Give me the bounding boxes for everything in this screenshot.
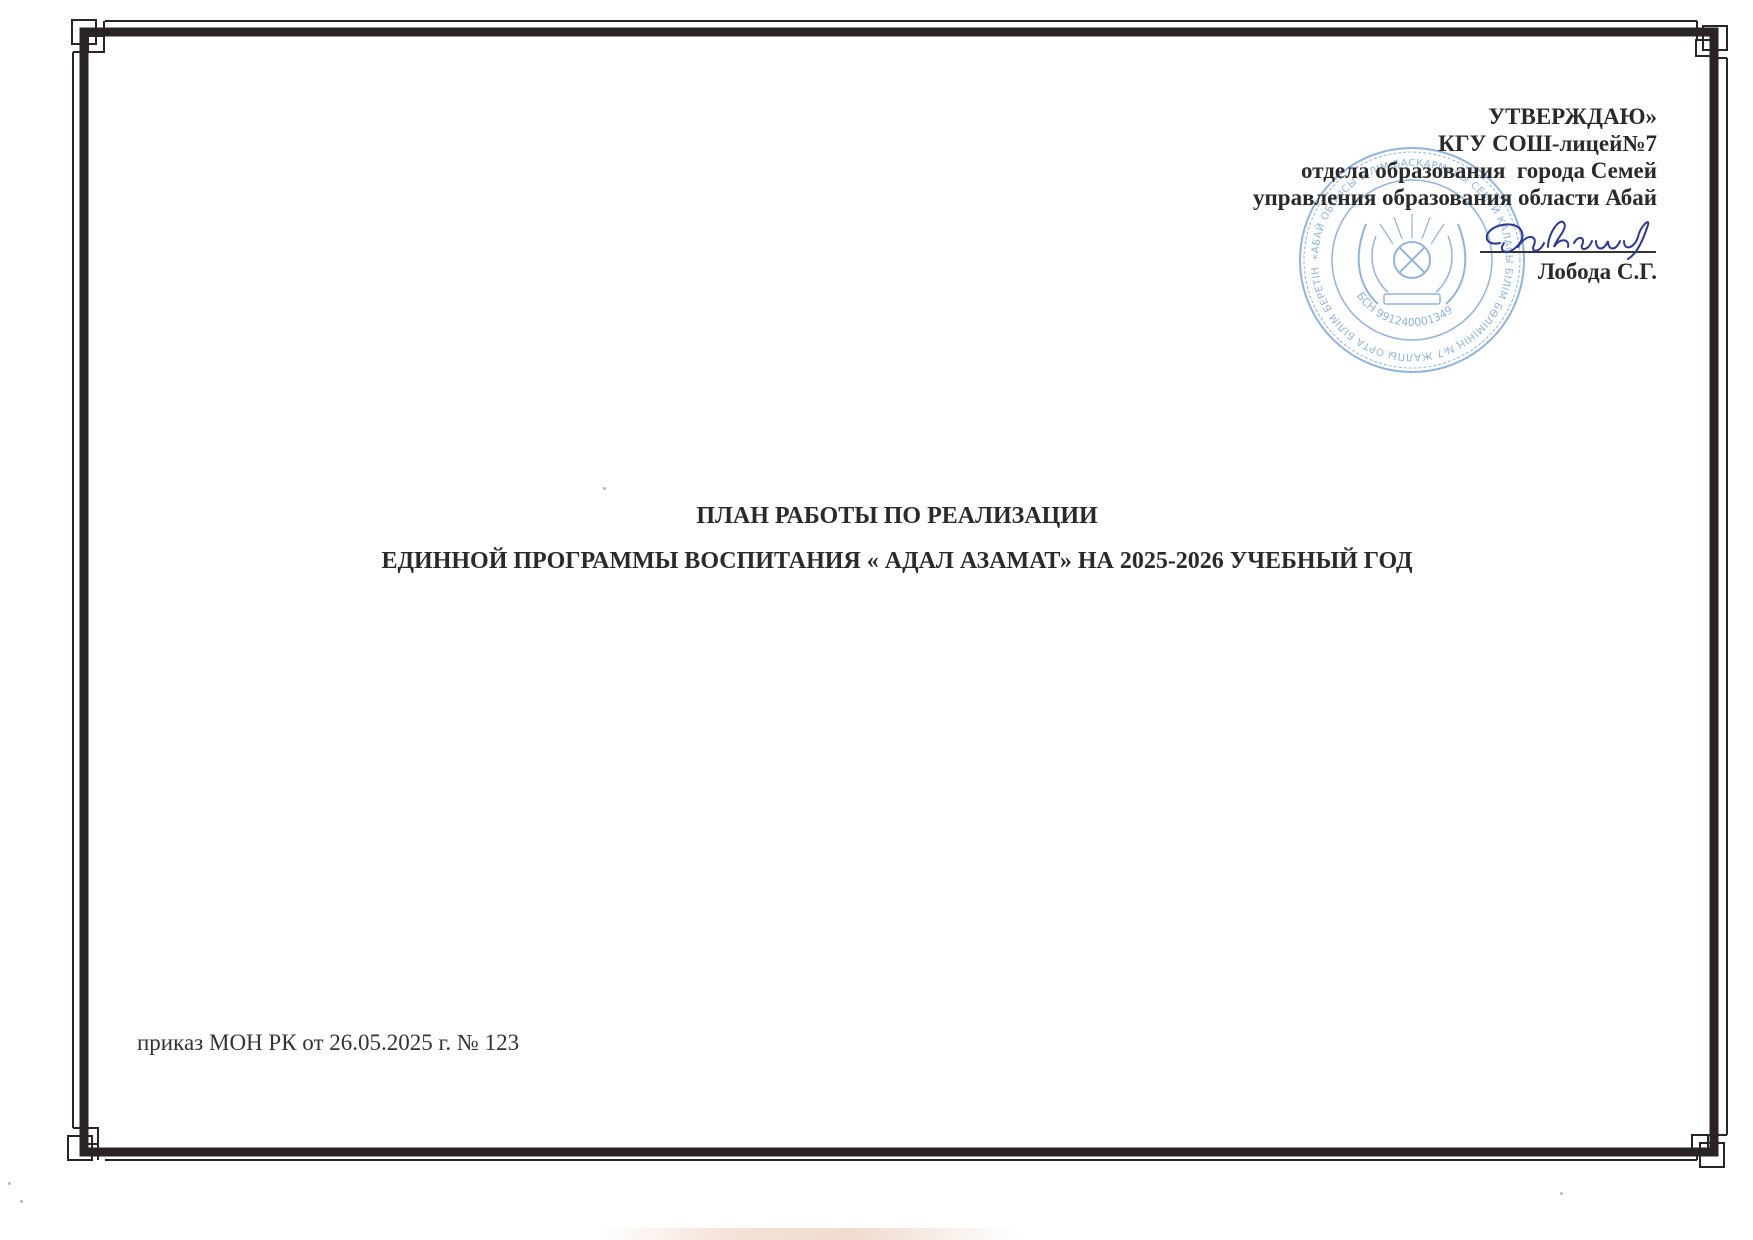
scan-speck	[8, 1182, 11, 1185]
approval-administration: управления образования области Абай	[1253, 184, 1657, 211]
scan-speck	[20, 1200, 23, 1203]
scan-artifact	[600, 1228, 1020, 1240]
approval-block: УТВЕРЖДАЮ» КГУ СОШ-лицей№7 отдела образо…	[1253, 103, 1657, 211]
document-page: «АБАЙ ОБЛЫСЫ БІЛІМ БАСҚАРМАСЫ СЕМЕЙ ҚАЛА…	[0, 0, 1753, 1240]
document-title-line-1: ПЛАН РАБОТЫ ПО РЕАЛИЗАЦИИ	[0, 503, 1753, 530]
approval-organization: КГУ СОШ-лицей№7	[1253, 130, 1657, 157]
approval-heading: УТВЕРЖДАЮ»	[1253, 103, 1657, 130]
handwritten-signature	[1478, 213, 1663, 261]
signatory-name: Лобода С.Г.	[1538, 258, 1657, 285]
order-reference: приказ МОН РК от 26.05.2025 г. № 123	[137, 1030, 519, 1056]
scan-speck	[603, 487, 606, 490]
scan-speck	[1560, 1192, 1563, 1195]
document-title-line-2: ЕДИННОЙ ПРОГРАММЫ ВОСПИТАНИЯ « АДАЛ АЗАМ…	[0, 548, 1753, 575]
approval-department: отдела образования города Семей	[1253, 157, 1657, 184]
